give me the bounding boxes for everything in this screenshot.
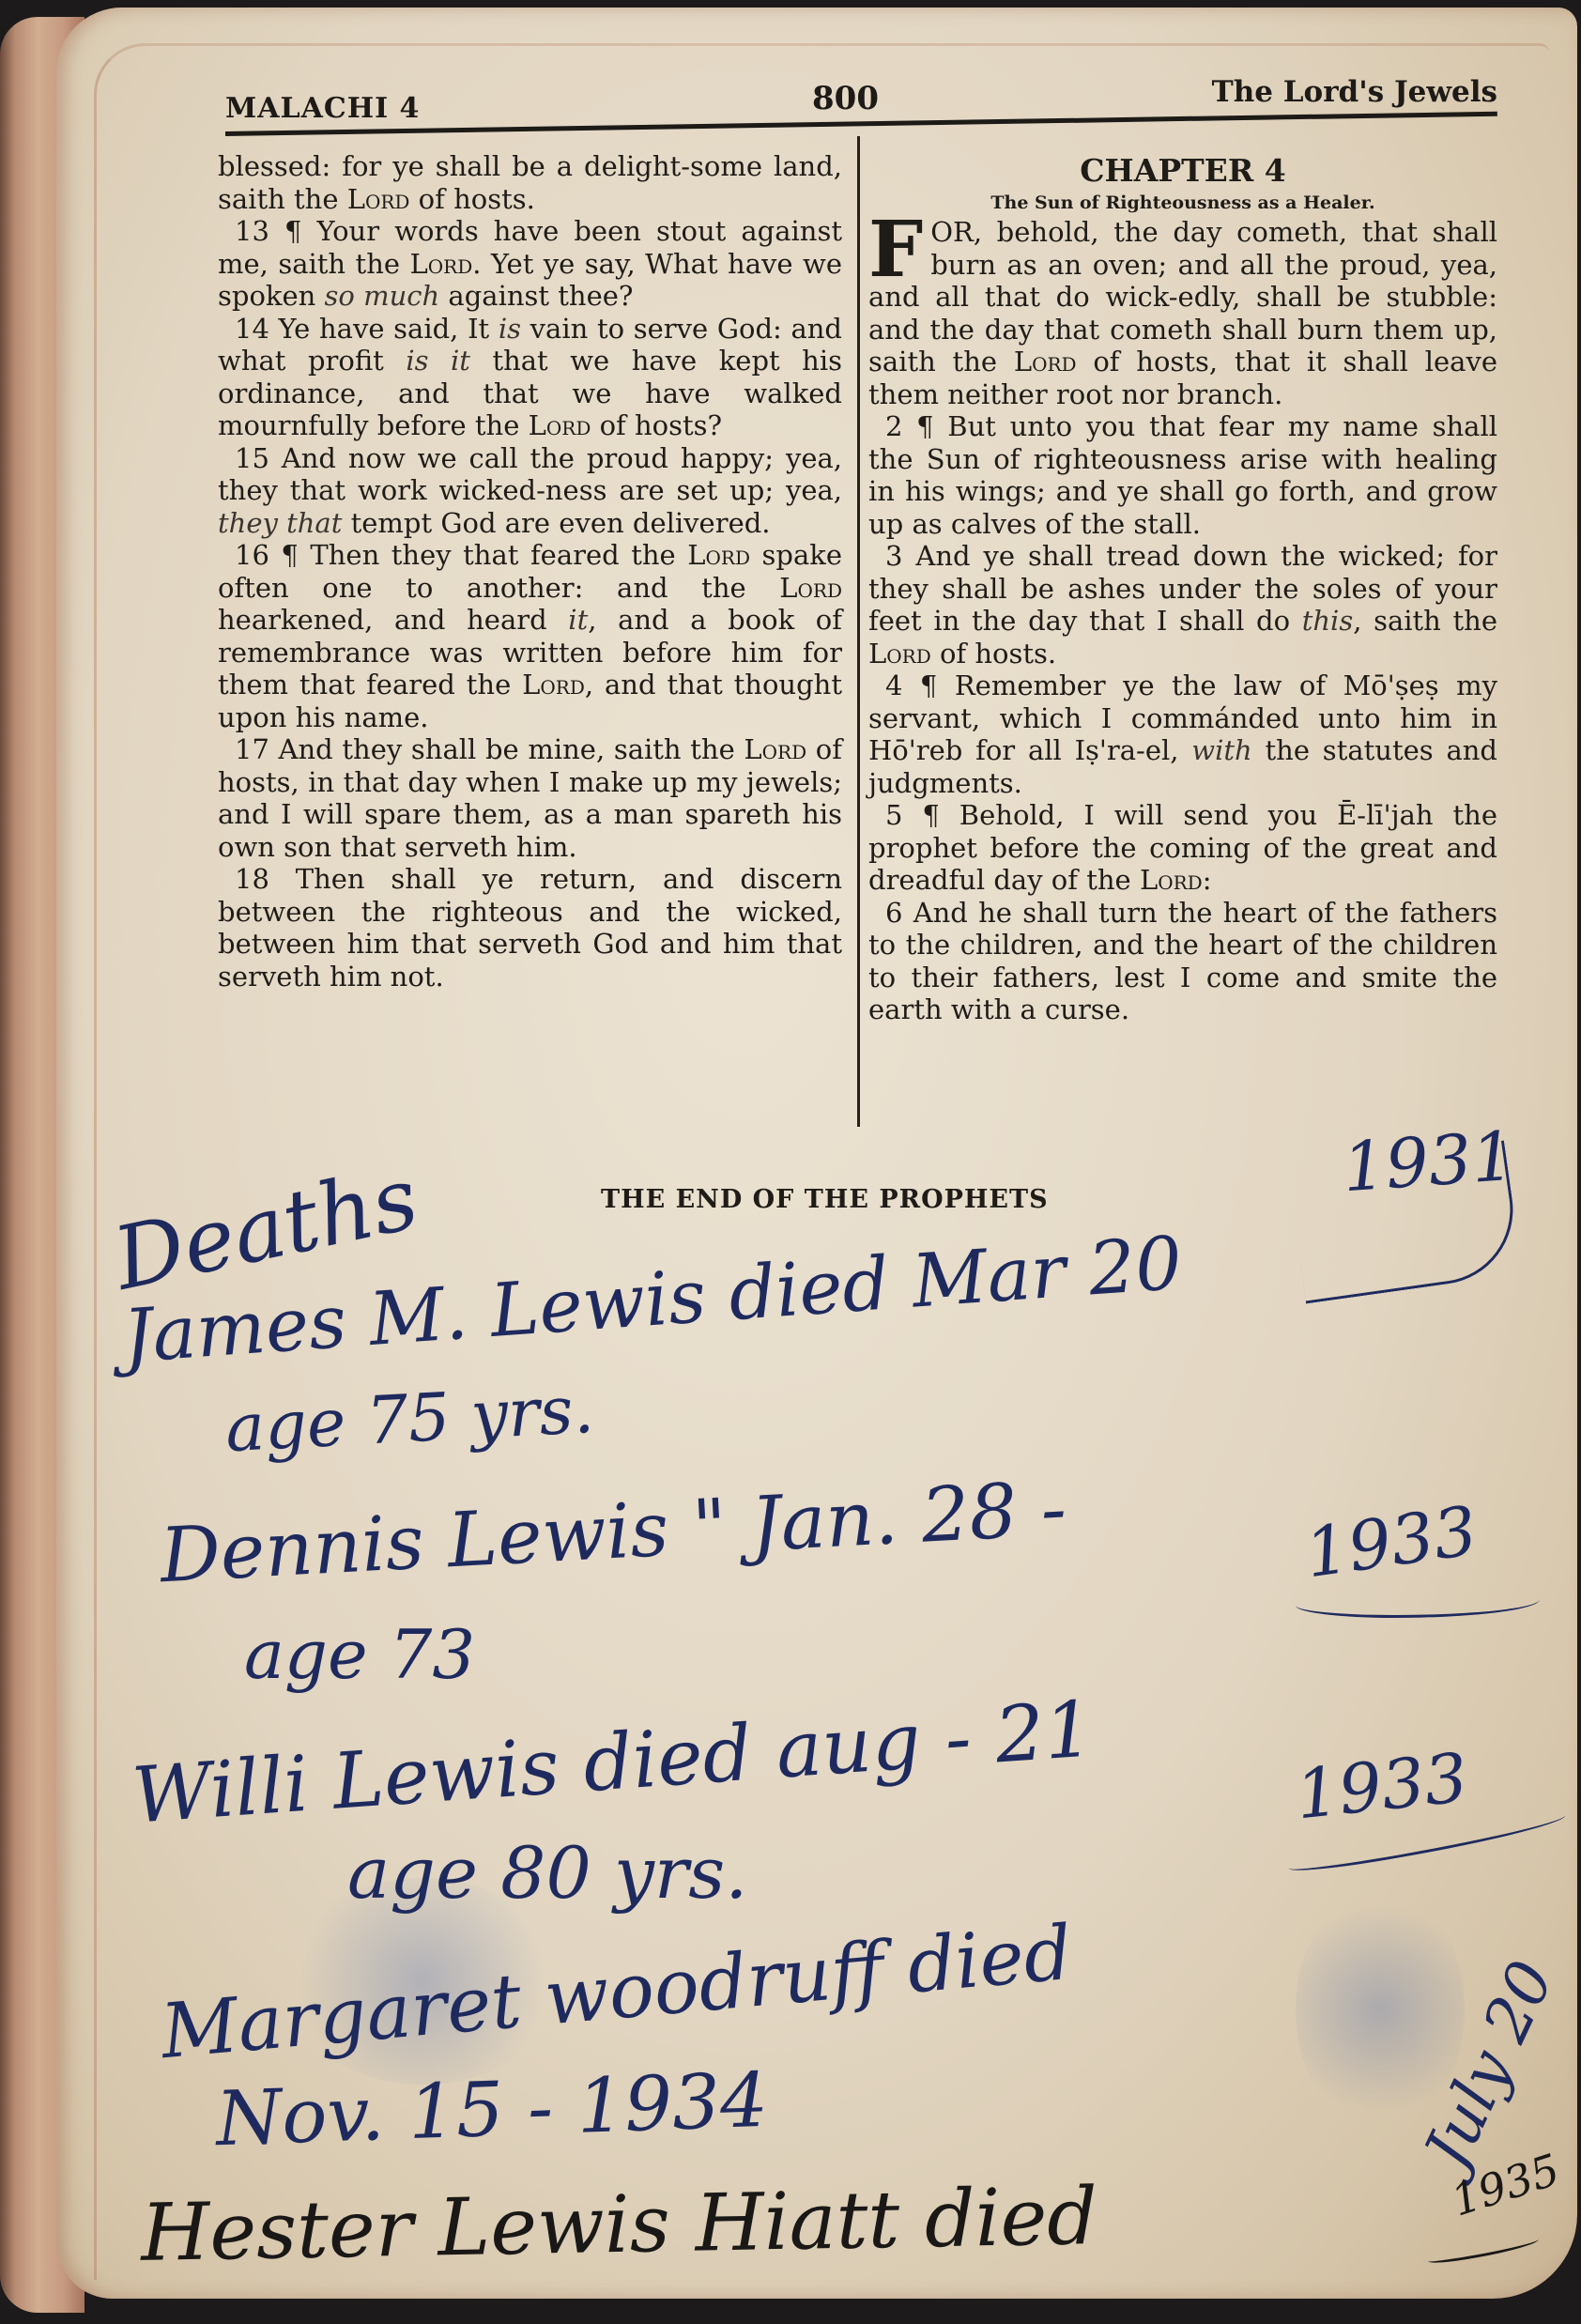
verse-paragraph: blessed: for ye shall be a delight-some … [218, 150, 842, 215]
verse-paragraph: 18 Then shall ye return, and discern bet… [218, 863, 842, 993]
left-column-text: blessed: for ye shall be a delight-some … [218, 150, 842, 993]
chapter-title: CHAPTER 4 [868, 152, 1497, 190]
verse-paragraph: FOR, behold, the day cometh, that shall … [868, 216, 1497, 410]
handwritten-entry-age: age 80 yrs. [347, 1831, 747, 1915]
verse-paragraph: 17 And they shall be mine, saith the Lor… [218, 733, 842, 863]
page-number: 800 [812, 80, 879, 117]
verse-paragraph: 5 ¶ Behold, I will send you Ē-lī'jah the… [868, 799, 1497, 897]
verse-paragraph: 16 ¶ Then they that feared the Lord spak… [218, 539, 842, 733]
book-chapter-label: MALACHI 4 [225, 92, 420, 125]
verse-paragraph: 15 And now we call the proud happy; yea,… [218, 442, 842, 540]
verse-paragraph: 4 ¶ Remember ye the law of Mō'ṣeṣ my ser… [868, 669, 1497, 799]
end-of-prophets-title: THE END OF THE PROPHETS [601, 1185, 1049, 1214]
verse-paragraph: 14 Ye have said, It is vain to serve God… [218, 313, 842, 442]
verse-paragraph: 13 ¶ Your words have been stout against … [218, 215, 842, 313]
handwritten-entry-line: Hester Lewis Hiatt died [140, 2170, 1098, 2279]
column-divider [857, 136, 860, 1127]
verse-paragraph: 2 ¶ But unto you that fear my name shall… [868, 410, 1497, 540]
chapter-verses: FOR, behold, the day cometh, that shall … [868, 216, 1497, 1026]
verse-paragraph: 3 And ye shall tread down the wicked; fo… [868, 540, 1497, 669]
right-column-text: CHAPTER 4 The Sun of Righteousness as a … [868, 150, 1497, 1026]
verse-paragraph: 6 And he shall turn the heart of the fat… [868, 897, 1497, 1026]
chapter-subtitle: The Sun of Righteousness as a Healer. [868, 190, 1497, 216]
running-title: The Lord's Jewels [1212, 75, 1497, 109]
handwritten-entry-age: age 73 [244, 1615, 475, 1694]
drop-cap: F [868, 220, 923, 280]
